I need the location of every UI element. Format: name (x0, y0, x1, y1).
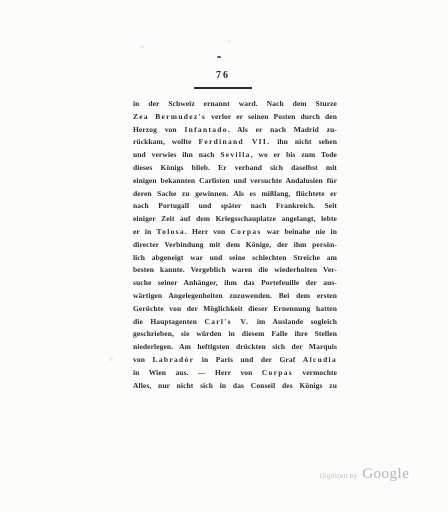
text-segment-letterspaced: Sevilla (220, 150, 250, 159)
text-segment: in Paris und der Graf (194, 355, 303, 364)
text-line: die Hauptagenten Carl's V. im Auslande s… (133, 316, 337, 329)
digitized-by-watermark: Digitized by Google (320, 466, 409, 483)
text-segment-letterspaced: Labradór (153, 355, 195, 364)
text-segment-letterspaced: Corpas (262, 368, 293, 377)
text-segment: . Als er nach Madrid zu- (228, 125, 337, 134)
text-segment-letterspaced: Zea Bermudez's (133, 112, 206, 121)
text-segment: deren Sache zu gewinnen. Als es mißlang,… (133, 189, 337, 198)
text-segment: Gerüchte von der Möglichkeit dieser Erne… (133, 304, 337, 313)
text-segment: ihn nicht sehen (270, 137, 337, 146)
text-line: Herzog von Infantado. Als er nach Madrid… (133, 124, 337, 137)
text-segment: niederlegen. Am heftigsten drückten sich… (133, 342, 337, 351)
text-segment: einigen bekannten Carlisten und versucht… (133, 176, 337, 185)
text-line: und verwies ihn nach Sevilla, wo er bis … (133, 149, 337, 162)
page-number: 76 (194, 70, 252, 81)
text-segment: geschrieben, sie würden in diesem Falle … (133, 329, 337, 338)
text-segment: im Auslande sogleich (249, 317, 337, 326)
text-segment: die Hauptagenten (133, 317, 205, 326)
text-segment-letterspaced: Corpas (230, 227, 261, 236)
text-segment: von (133, 355, 153, 364)
text-segment: verlor er seinen Posten durch den (206, 112, 337, 121)
text-segment: directer Verbindung mit dem Könige, der … (133, 240, 337, 249)
text-segment: rückkam, wollte (133, 137, 198, 146)
text-line: suche seiner Anhänger, ihm das Portefeui… (133, 277, 337, 290)
text-segment: vermochte (293, 368, 337, 377)
text-line: Gerüchte von der Möglichkeit dieser Erne… (133, 303, 337, 316)
text-line: directer Verbindung mit dem Könige, der … (133, 239, 337, 252)
text-line: einigen bekannten Carlisten und versucht… (133, 175, 337, 188)
text-segment-letterspaced: Ferdinand VII. (198, 137, 270, 146)
text-line: besten kannte. Vergeblich waren die wied… (133, 264, 337, 277)
text-segment: Alles, nur nicht sich in das Conseil des… (133, 381, 337, 390)
scan-speck (227, 40, 231, 43)
text-segment: dieses Königs blieb. Er verband sich das… (133, 163, 337, 172)
text-line: in der Schweiz ernannt ward. Nach dem St… (133, 98, 337, 111)
text-segment: suche seiner Anhänger, ihm das Portefeui… (133, 278, 337, 287)
text-line: niederlegen. Am heftigsten drückten sich… (133, 341, 337, 354)
text-line: geschrieben, sie würden in diesem Falle … (133, 328, 337, 341)
text-line: er in Tolosa. Herr von Corpas war beinah… (133, 226, 337, 239)
text-line: von Labradór in Paris und der Graf Alcud… (133, 354, 337, 367)
text-segment: . Herr von (185, 227, 231, 236)
text-segment-letterspaced: Tolosa (157, 227, 185, 236)
text-line: in Wien aus. — Herr von Corpas vermochte (133, 367, 337, 380)
text-line: Zea Bermudez's verlor er seinen Posten d… (133, 111, 337, 124)
page-text: in der Schweiz ernannt ward. Nach dem St… (133, 98, 337, 392)
text-line: einiger Zeit auf dem Kriegsschauplatze a… (133, 213, 337, 226)
text-line: wärtigen Angelegenheiten zuzuwenden. Bei… (133, 290, 337, 303)
text-line: Alles, nur nicht sich in das Conseil des… (133, 380, 337, 393)
text-line: nach Portugall und später nach Frankreic… (133, 200, 337, 213)
scan-speck (217, 56, 221, 58)
text-segment-letterspaced: Infantado (184, 125, 227, 134)
text-segment: in der Schweiz ernannt ward. Nach dem St… (133, 99, 337, 108)
text-segment: Herzog von (133, 125, 184, 134)
scanned-book-page: 76 in der Schweiz ernannt ward. Nach dem… (0, 0, 448, 512)
text-segment: einiger Zeit auf dem Kriegsschauplatze a… (133, 214, 337, 223)
text-segment: lich abgeneigt war und seine schlechten … (133, 253, 337, 262)
text-segment: und verwies ihn nach (133, 150, 220, 159)
text-segment: , wo er bis zum Tode (251, 150, 337, 159)
text-segment-letterspaced: Alcudia (303, 355, 337, 364)
text-line: rückkam, wollte Ferdinand VII. ihn nicht… (133, 136, 337, 149)
text-segment-letterspaced: Carl's V. (205, 317, 250, 326)
text-segment: in Wien aus. — Herr von (133, 368, 262, 377)
text-line: lich abgeneigt war und seine schlechten … (133, 252, 337, 265)
text-line: dieses Königs blieb. Er verband sich das… (133, 162, 337, 175)
text-segment: war beinahe nie in (262, 227, 337, 236)
google-logo: Google (362, 466, 409, 483)
page-number-rule (194, 87, 252, 89)
text-segment: wärtigen Angelegenheiten zuzuwenden. Bei… (133, 291, 337, 300)
scan-speck (140, 45, 145, 48)
watermark-prefix: Digitized by (320, 473, 357, 480)
scan-speck (109, 357, 113, 361)
text-segment: besten kannte. Vergeblich waren die wied… (133, 265, 337, 274)
text-line: deren Sache zu gewinnen. Als es mißlang,… (133, 188, 337, 201)
text-segment: er in (133, 227, 157, 236)
text-segment: nach Portugall und später nach Frankreic… (133, 201, 337, 210)
